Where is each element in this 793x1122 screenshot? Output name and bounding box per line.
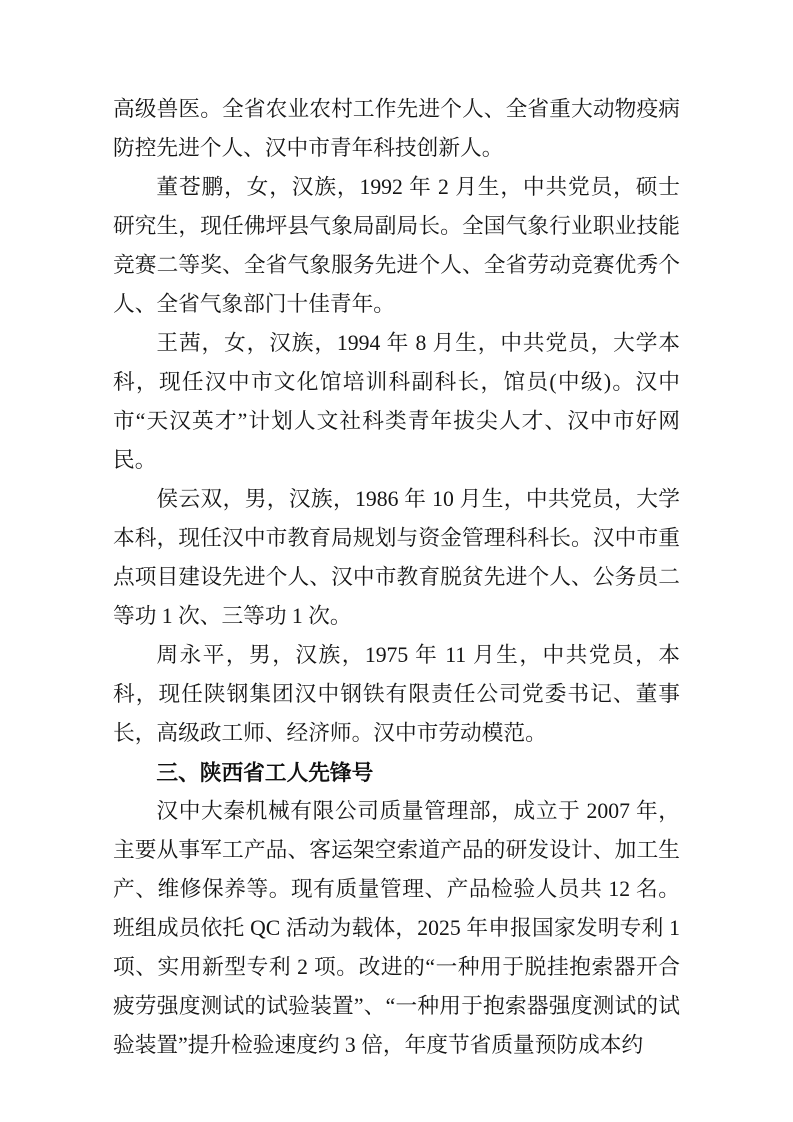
- paragraph-wang-qian: 王茜，女，汉族，1994 年 8 月生，中共党员，大学本科，现任汉中市文化馆培训…: [113, 324, 680, 480]
- document-page: 高级兽医。全省农业农村工作先进个人、全省重大动物疫病防控先进个人、汉中市青年科技…: [0, 0, 793, 1122]
- section-heading-shaanxi-worker-pioneer: 三、陕西省工人先锋号: [113, 753, 680, 792]
- paragraph-awards-continuation: 高级兽医。全省农业农村工作先进个人、全省重大动物疫病防控先进个人、汉中市青年科技…: [113, 90, 680, 168]
- paragraph-dong-cangpeng: 董苍鹏，女，汉族，1992 年 2 月生，中共党员，硕士研究生，现任佛坪县气象局…: [113, 168, 680, 324]
- paragraph-hanzhong-daqin-quality-dept: 汉中大秦机械有限公司质量管理部，成立于 2007 年，主要从事军工产品、客运架空…: [113, 792, 680, 1065]
- paragraph-hou-yunshuang: 侯云双，男，汉族，1986 年 10 月生，中共党员，大学本科，现任汉中市教育局…: [113, 480, 680, 636]
- document-body: 高级兽医。全省农业农村工作先进个人、全省重大动物疫病防控先进个人、汉中市青年科技…: [113, 90, 680, 1065]
- paragraph-zhou-yongping: 周永平，男，汉族，1975 年 11 月生，中共党员，本科，现任陕钢集团汉中钢铁…: [113, 636, 680, 753]
